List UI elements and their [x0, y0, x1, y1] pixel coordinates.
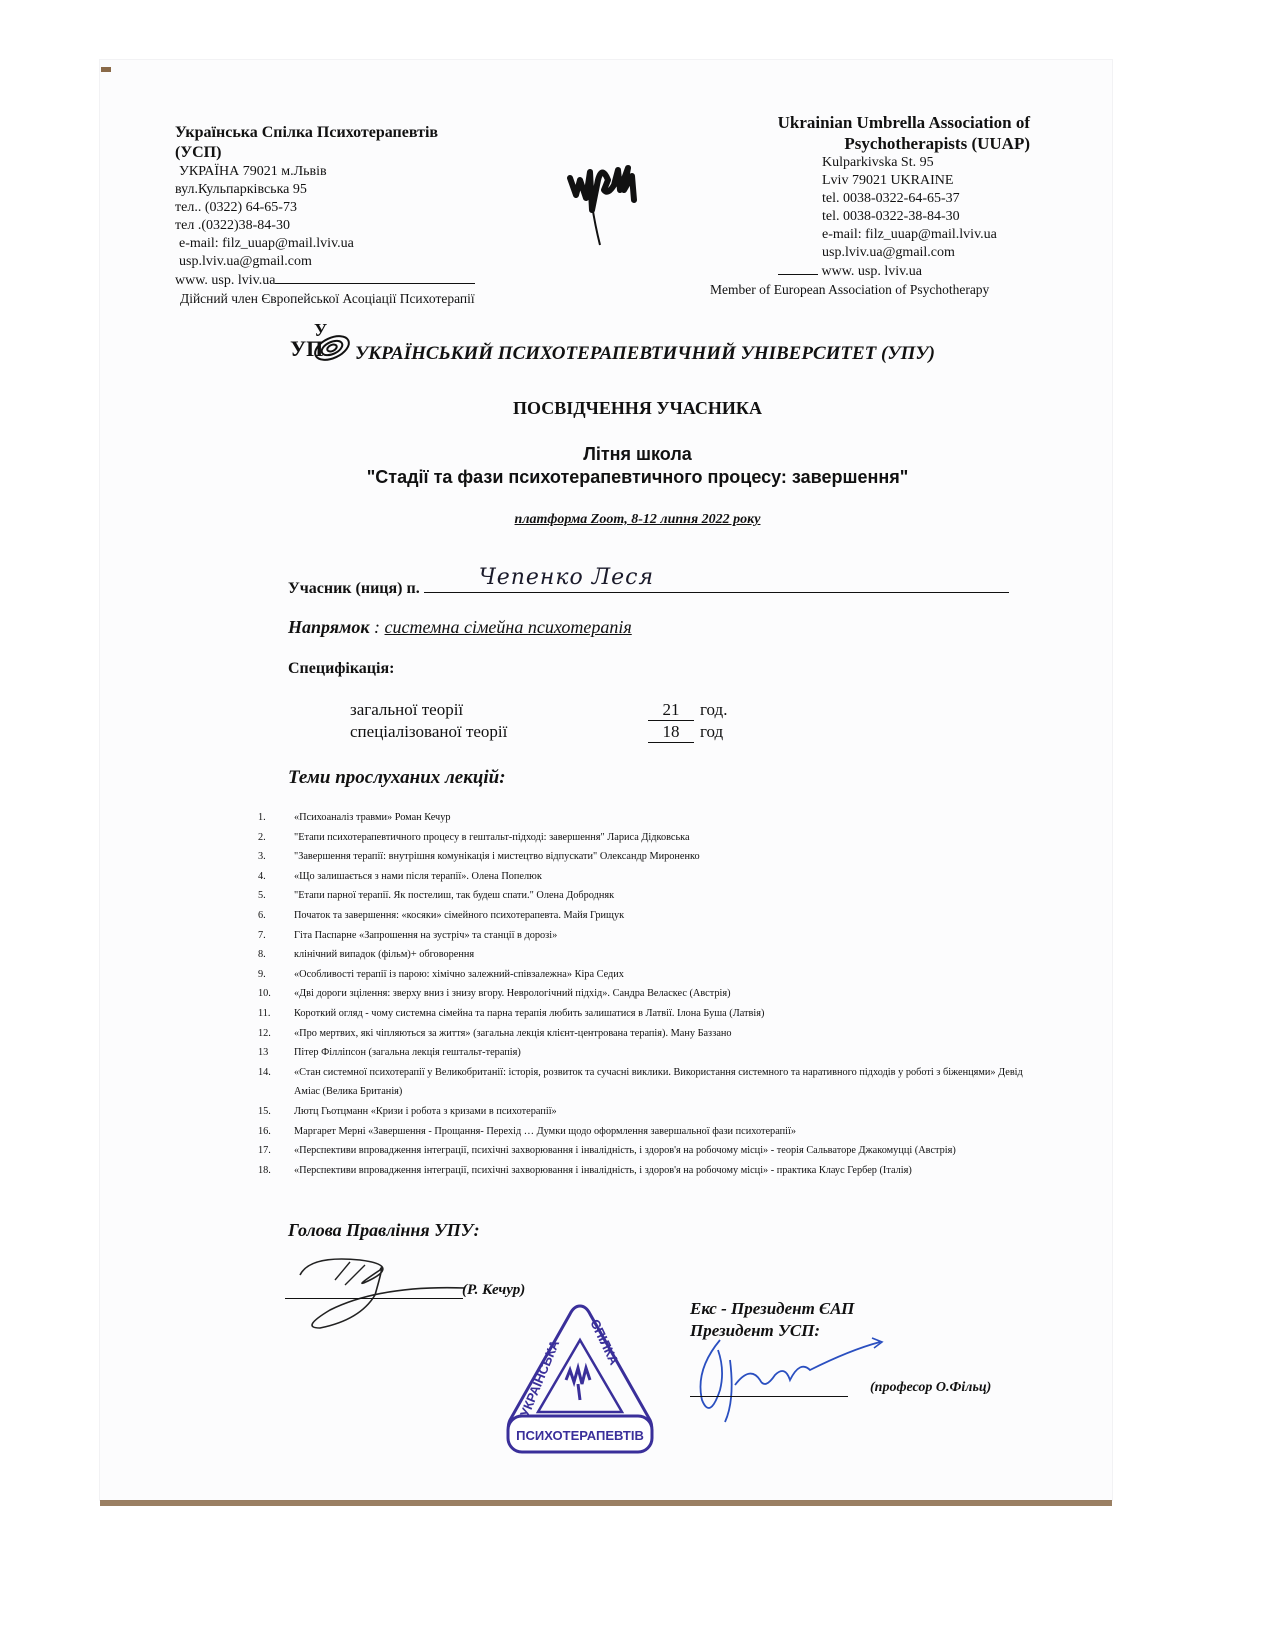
lecture-item: 5."Етапи парної терапії. Як постелиш, та… — [258, 886, 1048, 906]
lecture-number: 3. — [258, 847, 294, 867]
address-line: Kulparkivska St. 95 — [822, 154, 1030, 172]
website: www. usp. lviv.ua — [822, 264, 922, 279]
spec-row-general: загальної теорії 21 год. — [350, 700, 463, 720]
phone-line: тел .(0322)38-84-30 — [175, 217, 535, 235]
president-name: (професор О.Фільц) — [870, 1380, 991, 1396]
org-abbr-ua: (УСП) — [175, 143, 535, 163]
phone-line: тел.. (0322) 64-65-73 — [175, 199, 535, 217]
phone-line: tel. 0038-0322-64-65-37 — [822, 190, 1030, 208]
lecture-text: «Психоаналіз травми» Роман Кечур — [294, 808, 1048, 828]
lecture-item: 17.«Перспективи впровадження інтеграції,… — [258, 1141, 1048, 1161]
lecture-text: клінічний випадок (фільм)+ обговорення — [294, 945, 1048, 965]
school-title: "Стадії та фази психотерапевтичного проц… — [0, 466, 1275, 489]
lecture-text: Пітер Філліпсон (загальна лекція гешталь… — [294, 1043, 1048, 1063]
platform-dates: платформа Zoom, 8-12 липня 2022 року — [0, 512, 1275, 528]
participant-label: Учасник (ниця) п. — [288, 580, 420, 597]
header-right: Ukrainian Umbrella Association of Psycho… — [700, 112, 1030, 299]
lecture-number: 15. — [258, 1102, 294, 1122]
org-name-en: Ukrainian Umbrella Association of — [700, 112, 1030, 133]
lecture-number: 11. — [258, 1004, 294, 1024]
organization-stamp-icon: УКРАЇНСЬКА СПІЛКА ПСИХОТЕРАПЕВТІВ — [500, 1300, 660, 1460]
email-line: usp.lviv.ua@gmail.com — [179, 253, 535, 271]
participant-name-handwritten: Чепенко Леся — [479, 565, 654, 590]
lecture-number: 18. — [258, 1161, 294, 1181]
website: www. usp. lviv.ua — [175, 273, 275, 288]
lecture-text: «Про мертвих, які чіпляються за життя» (… — [294, 1024, 1048, 1044]
lecture-number: 14. — [258, 1063, 294, 1102]
address-line: УКРАЇНА 79021 м.Львів — [179, 163, 535, 181]
president-signature-icon — [690, 1330, 890, 1425]
upu-logo-icon: УП У — [288, 318, 358, 368]
lecture-number: 17. — [258, 1141, 294, 1161]
lecture-number: 2. — [258, 828, 294, 848]
direction-row: Напрямок : системна сімейна психотерапія — [288, 617, 632, 638]
lecture-text: «Особливості терапії із парою: хімічно з… — [294, 965, 1048, 985]
lecture-text: «Перспективи впровадження інтеграції, пс… — [294, 1141, 1048, 1161]
lecture-number: 10. — [258, 984, 294, 1004]
head-signature-icon — [290, 1240, 480, 1330]
svg-text:ПСИХОТЕРАПЕВТІВ: ПСИХОТЕРАПЕВТІВ — [516, 1428, 644, 1443]
lecture-item: 12. «Про мертвих, які чіпляються за житт… — [258, 1024, 1048, 1044]
lecture-item: 13Пітер Філліпсон (загальна лекція гешта… — [258, 1043, 1048, 1063]
lecture-number: 16. — [258, 1122, 294, 1142]
lecture-item: 16.Маргарет Мерні «Завершення - Прощання… — [258, 1122, 1048, 1142]
direction-value: системна сімейна психотерапія — [385, 617, 632, 637]
org-abbr-en: Psychotherapists (UUAP) — [700, 133, 1030, 154]
lecture-item: 14.«Стан системної психотерапії у Велико… — [258, 1063, 1048, 1102]
lecture-item: 15.Лютц Гьотцманн «Кризи і робота з криз… — [258, 1102, 1048, 1122]
uuap-logo-icon — [562, 150, 642, 250]
lecture-item: 11.Короткий огляд - чому системна сімейн… — [258, 1004, 1048, 1024]
lecture-text: Короткий огляд - чому системна сімейна т… — [294, 1004, 1048, 1024]
president-title-line1: Екс - Президент ЄАП — [690, 1298, 854, 1320]
address-line: Lviv 79021 UKRAINE — [822, 172, 1030, 190]
lecture-number: 5. — [258, 886, 294, 906]
membership-en: Member of European Association of Psycho… — [710, 281, 1030, 299]
lecture-text: "Завершення терапії: внутрішня комунікац… — [294, 847, 1048, 867]
spec-row-specialized: спеціалізованої теорії 18 год — [350, 722, 507, 742]
school-type: Літня школа — [0, 443, 1275, 466]
lectures-list: 1.«Психоаналіз травми» Роман Кечур2."Ета… — [258, 808, 1048, 1180]
president-signature-line — [690, 1396, 848, 1397]
lecture-item: 3."Завершення терапії: внутрішня комунік… — [258, 847, 1048, 867]
lecture-item: 8.клінічний випадок (фільм)+ обговорення — [258, 945, 1048, 965]
header-left: Українська Спілка Психотерапевтів (УСП) … — [175, 123, 535, 308]
lecture-item: 1.«Психоаналіз травми» Роман Кечур — [258, 808, 1048, 828]
lecture-number: 9. — [258, 965, 294, 985]
email-line: usp.lviv.ua@gmail.com — [822, 244, 1030, 262]
head-name: (Р. Кечур) — [462, 1282, 525, 1299]
participant-name-field: Чепенко Леся — [424, 576, 1009, 593]
lecture-text: «Стан системної психотерапії у Великобри… — [294, 1063, 1048, 1102]
lecture-number: 12. — [258, 1024, 294, 1044]
lecture-text: «Перспективи впровадження інтеграції, пс… — [294, 1161, 1048, 1181]
spec-hours: 21 — [648, 700, 694, 721]
lecture-number: 13 — [258, 1043, 294, 1063]
spec-label: загальної теорії — [350, 700, 463, 719]
email-line: e-mail: filz_uuap@mail.lviv.ua — [179, 235, 535, 253]
lecture-number: 1. — [258, 808, 294, 828]
lecture-text: Лютц Гьотцманн «Кризи і робота з кризами… — [294, 1102, 1048, 1122]
lecture-text: Початок та завершення: «косяки» сімейног… — [294, 906, 1048, 926]
document-title: ПОСВІДЧЕННЯ УЧАСНИКА — [0, 398, 1275, 419]
membership-ua: Дійсний член Європейської Асоціації Псих… — [180, 290, 535, 308]
school-block: Літня школа "Стадії та фази психотерапев… — [0, 443, 1275, 489]
lecture-text: "Етапи парної терапії. Як постелиш, так … — [294, 886, 1048, 906]
lecture-text: "Етапи психотерапевтичного процесу в геш… — [294, 828, 1048, 848]
lecture-item: 6.Початок та завершення: «косяки» сімейн… — [258, 906, 1048, 926]
lecture-number: 6. — [258, 906, 294, 926]
lecture-text: Гіта Паспарне «Запрошення на зустріч» та… — [294, 926, 1048, 946]
scan-bottom-edge — [100, 1500, 1112, 1506]
participant-row: Учасник (ниця) п. Чепенко Леся — [288, 576, 1009, 598]
lecture-item: 10.«Дві дороги зцілення: зверху вниз і з… — [258, 984, 1048, 1004]
lecture-item: 2."Етапи психотерапевтичного процесу в г… — [258, 828, 1048, 848]
lecture-item: 18.«Перспективи впровадження інтеграції,… — [258, 1161, 1048, 1181]
address-line: вул.Кульпарківська 95 — [175, 181, 535, 199]
university-name: УКРАЇНСЬКИЙ ПСИХОТЕРАПЕВТИЧНИЙ УНІВЕРСИТ… — [355, 343, 935, 365]
spec-label: спеціалізованої теорії — [350, 722, 507, 741]
head-title: Голова Правління УПУ: — [288, 1220, 480, 1241]
lecture-number: 7. — [258, 926, 294, 946]
lecture-text: «Що залишається з нами після терапії». О… — [294, 867, 1048, 887]
lecture-item: 7. Гіта Паспарне «Запрошення на зустріч»… — [258, 926, 1048, 946]
direction-label: Напрямок — [288, 617, 370, 637]
lecture-text: Маргарет Мерні «Завершення - Прощання- П… — [294, 1122, 1048, 1142]
specification-title: Специфікація: — [288, 660, 394, 678]
lecture-text: «Дві дороги зцілення: зверху вниз і зниз… — [294, 984, 1048, 1004]
spec-unit: год. — [700, 700, 727, 720]
lecture-number: 4. — [258, 867, 294, 887]
lecture-item: 9.«Особливості терапії із парою: хімічно… — [258, 965, 1048, 985]
lecture-item: 4.«Що залишається з нами після терапії».… — [258, 867, 1048, 887]
lectures-title: Теми прослуханих лекцій: — [288, 767, 506, 789]
spec-unit: год — [700, 722, 723, 742]
phone-line: tel. 0038-0322-38-84-30 — [822, 208, 1030, 226]
lecture-number: 8. — [258, 945, 294, 965]
spec-hours: 18 — [648, 722, 694, 743]
email-line: e-mail: filz_uuap@mail.lviv.ua — [822, 226, 1030, 244]
scan-corner-mark — [101, 67, 111, 72]
org-name-ua: Українська Спілка Психотерапевтів — [175, 123, 535, 143]
head-signature-line — [285, 1298, 463, 1299]
svg-text:У: У — [314, 320, 327, 340]
